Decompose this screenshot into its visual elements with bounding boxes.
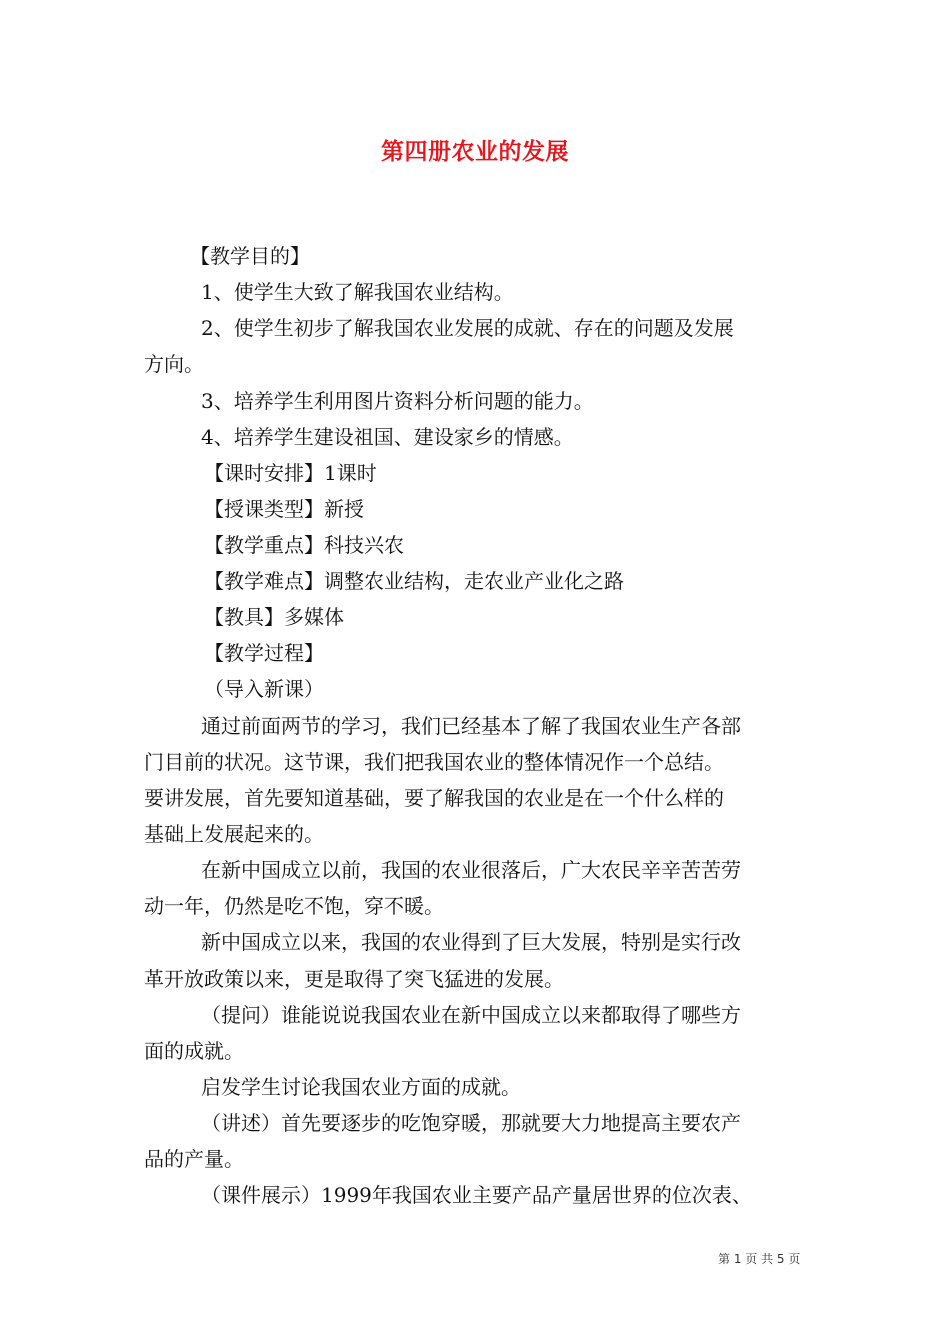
paragraph-line: 3、培养学生利用图片资料分析问题的能力。 [201, 383, 594, 419]
paragraph-line: 【教学过程】 [204, 635, 324, 671]
paragraph-line: 2、使学生初步了解我国农业发展的成就、存在的问题及发展 [201, 310, 734, 346]
paragraph-line: （提问）谁能说说我国农业在新中国成立以来都取得了哪些方 [201, 997, 741, 1033]
paragraph-line: 4、培养学生建设祖国、建设家乡的情感。 [201, 419, 574, 455]
paragraph-line: 【授课类型】新授 [204, 491, 364, 527]
page-indicator: 第 1 页 共 5 页 [718, 1250, 800, 1267]
paragraph-line: 【课时安排】1课时 [204, 455, 377, 491]
paragraph-line: 品的产量。 [144, 1141, 244, 1177]
paragraph-line: 1、使学生大致了解我国农业结构。 [201, 274, 514, 310]
paragraph-line: （讲述）首先要逐步的吃饱穿暖，那就要大力地提高主要农产 [201, 1105, 741, 1141]
document-title: 第四册农业的发展 [0, 133, 950, 166]
paragraph-line: 【教学目的】 [190, 238, 310, 274]
paragraph-line: 基础上发展起来的。 [144, 816, 324, 852]
paragraph-line: 【教具】多媒体 [204, 599, 344, 635]
paragraph-line: 在新中国成立以前，我国的农业很落后，广大农民辛辛苦苦劳 [201, 852, 741, 888]
paragraph-line: 面的成就。 [144, 1033, 244, 1069]
paragraph-line: 新中国成立以来，我国的农业得到了巨大发展，特别是实行改 [201, 924, 741, 960]
paragraph-line: 方向。 [144, 346, 204, 382]
paragraph-line: 启发学生讨论我国农业方面的成就。 [201, 1069, 521, 1105]
paragraph-line: 【教学难点】调整农业结构，走农业产业化之路 [204, 563, 624, 599]
paragraph-line: （导入新课） [204, 671, 324, 707]
paragraph-line: 【教学重点】科技兴农 [204, 527, 404, 563]
paragraph-line: （课件展示）1999年我国农业主要产品产量居世界的位次表、 [201, 1177, 752, 1213]
paragraph-line: 通过前面两节的学习，我们已经基本了解了我国农业生产各部 [201, 708, 741, 744]
paragraph-line: 革开放政策以来，更是取得了突飞猛进的发展。 [144, 961, 564, 997]
paragraph-line: 要讲发展，首先要知道基础，要了解我国的农业是在一个什么样的 [144, 780, 724, 816]
paragraph-line: 动一年，仍然是吃不饱，穿不暖。 [144, 888, 444, 924]
paragraph-line: 门目前的状况。这节课，我们把我国农业的整体情况作一个总结。 [144, 744, 724, 780]
